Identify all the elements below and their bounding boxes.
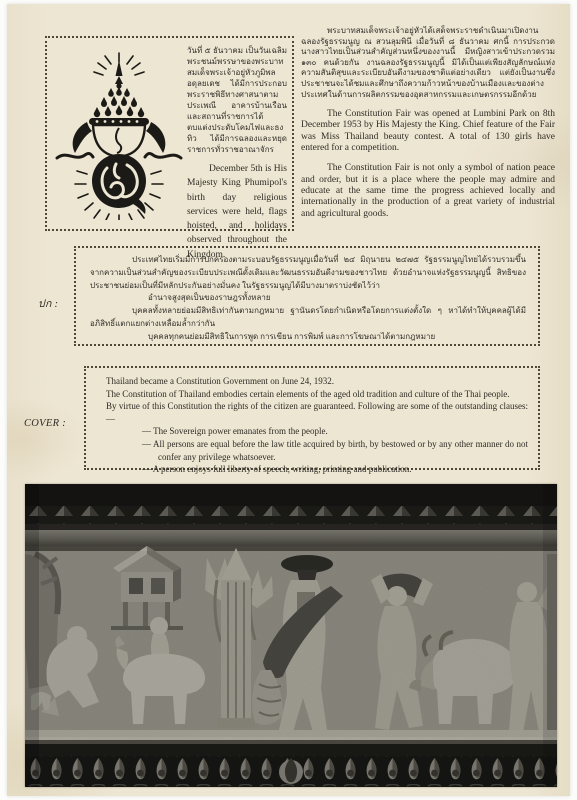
intro-english-paragraph-1: The Constitution Fair was opened at Lumb… <box>301 109 555 154</box>
emblem-box-text-column: วันที่ ๕ ธันวาคม เป็นวันเฉลิมพระชนม์พรรษ… <box>187 45 287 262</box>
emblem-box-thai-text: วันที่ ๕ ธันวาคม เป็นวันเฉลิมพระชนม์พรรษ… <box>187 45 287 155</box>
english-cover-label: COVER : <box>24 418 66 429</box>
emblem-box: วันที่ ๕ ธันวาคม เป็นวันเฉลิมพระชนม์พรรษ… <box>45 36 294 231</box>
english-cover-clause-2: — All persons are equal before the law t… <box>106 438 528 463</box>
bas-relief-photo <box>25 484 557 787</box>
scanned-page: วันที่ ๕ ธันวาคม เป็นวันเฉลิมพระชนม์พรรษ… <box>0 0 577 800</box>
english-cover-clause-3: — A person enjoys full liberty of speech… <box>106 463 528 476</box>
english-cover-line-1: Thailand became a Constitution Governmen… <box>106 375 528 388</box>
thai-cover-clause-3: บุคคลทุกคนย่อมมีสิทธิในการพูด การเขียน ก… <box>90 331 526 344</box>
english-cover-box: Thailand became a Constitution Governmen… <box>84 366 540 470</box>
english-cover-line-2: The Constitution of Thailand embodies ce… <box>106 388 528 401</box>
thai-cover-clause-1: อำนาจสูงสุดเป็นของราษฎรทั้งหลาย <box>90 292 526 305</box>
thai-cover-box: ประเทศไทยเริ่มมีการปกครองตามระบอบรัฐธรรม… <box>74 246 540 346</box>
intro-thai-paragraph: พระบาทสมเด็จพระเจ้าอยู่หัวได้เสด็จพระราช… <box>301 26 555 100</box>
intro-english-paragraph-2: The Constitution Fair is not only a symb… <box>301 163 555 219</box>
thai-cover-paragraph: ประเทศไทยเริ่มมีการปกครองตามระบอบรัฐธรรม… <box>90 254 526 292</box>
english-cover-line-3: By virtue of this Constitution the right… <box>106 400 528 425</box>
thai-cover-clause-2: บุคคลทั้งหลายย่อมมีสิทธิเท่ากันตามกฎหมาย… <box>90 305 526 331</box>
intro-column: พระบาทสมเด็จพระเจ้าอยู่หัวได้เสด็จพระราช… <box>301 26 555 220</box>
royal-cypher-icon <box>53 52 185 220</box>
thai-cover-label: ปก : <box>38 295 58 312</box>
english-cover-clause-1: — The Sovereign power emanates from the … <box>106 425 528 438</box>
